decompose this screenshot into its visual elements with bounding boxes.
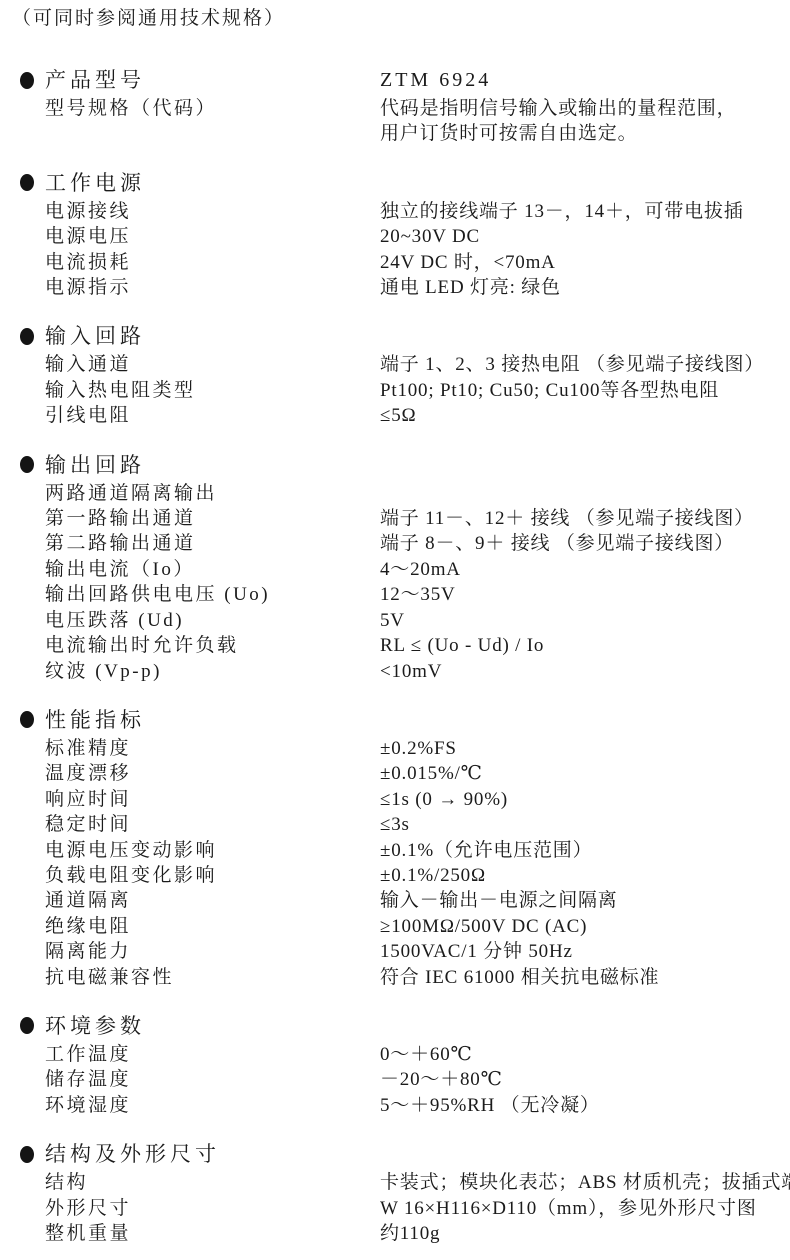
spec-row-value: <10mV xyxy=(380,659,442,684)
spec-row-label: 电源接线 xyxy=(45,199,380,224)
spec-row-value: －20～＋80℃ xyxy=(380,1067,503,1092)
section-header: 输入回路 xyxy=(20,322,790,350)
spec-sheet-page: （可同时参阅通用技术规格） 产品型号 ZTM 6924 型号规格（代码） 代码是… xyxy=(0,0,790,1260)
spec-row-value: ≤3s xyxy=(380,812,410,837)
spec-row-value: 代码是指明信号输入或输出的量程范围，用户订货时可按需自由选定。 xyxy=(380,96,736,147)
section-rows: 结构 卡装式；模块化表芯；ABS 材质机壳；拔插式端子 外形尺寸 W 16×H1… xyxy=(45,1170,790,1246)
spec-row: 响应时间 ≤1s (0 → 90%) xyxy=(45,787,790,812)
spec-row-value: 端子 11－、12＋ 接线 （参见端子接线图） xyxy=(380,506,754,531)
spec-row-value-line: 代码是指明信号输入或输出的量程范围， xyxy=(380,96,736,121)
spec-row-label: 电源电压 xyxy=(45,224,380,249)
spec-section: 工作电源 电源接线 独立的接线端子 13－，14＋，可带电拔插 电源电压 20~… xyxy=(20,169,790,301)
spec-row-value: 4～20mA xyxy=(380,557,461,582)
spec-row-label: 电压跌落 (Ud) xyxy=(45,608,380,633)
spec-row-value: ±0.015%/℃ xyxy=(380,761,483,786)
spec-row-label: 温度漂移 xyxy=(45,761,380,786)
spec-row: 结构 卡装式；模块化表芯；ABS 材质机壳；拔插式端子 xyxy=(45,1170,790,1195)
section-title-value: ZTM 6924 xyxy=(380,66,491,94)
spec-row-value: 端子 8－、9＋ 接线 （参见端子接线图） xyxy=(380,531,734,556)
spec-row: 电源接线 独立的接线端子 13－，14＋，可带电拔插 xyxy=(45,199,790,224)
spec-row: 纹波 (Vp-p) <10mV xyxy=(45,659,790,684)
spec-row-label: 纹波 (Vp-p) xyxy=(45,659,380,684)
spec-row-label: 输入热电阻类型 xyxy=(45,378,380,403)
section-header: 环境参数 xyxy=(20,1012,790,1040)
spec-row-label: 隔离能力 xyxy=(45,939,380,964)
spec-row-value: RL ≤ (Uo - Ud) / Io xyxy=(380,633,544,658)
spec-row: 型号规格（代码） 代码是指明信号输入或输出的量程范围，用户订货时可按需自由选定。 xyxy=(45,96,790,147)
spec-row-label: 工作温度 xyxy=(45,1042,380,1067)
spec-row-value: Pt100; Pt10; Cu50; Cu100等各型热电阻 xyxy=(380,378,719,403)
bullet-icon xyxy=(20,711,34,728)
spec-row: 电源电压 20~30V DC xyxy=(45,224,790,249)
spec-row-label: 电流输出时允许负载 xyxy=(45,633,380,658)
sections-container: 产品型号 ZTM 6924 型号规格（代码） 代码是指明信号输入或输出的量程范围… xyxy=(20,66,790,1246)
section-header: 产品型号 ZTM 6924 xyxy=(20,66,790,94)
spec-row-value: 1500VAC/1 分钟 50Hz xyxy=(380,939,573,964)
spec-row-label: 稳定时间 xyxy=(45,812,380,837)
spec-row-value: 24V DC 时，<70mA xyxy=(380,250,556,275)
section-rows: 两路通道隔离输出 第一路输出通道 端子 11－、12＋ 接线 （参见端子接线图）… xyxy=(45,481,790,684)
section-rows: 输入通道 端子 1、2、3 接热电阻 （参见端子接线图） 输入热电阻类型 Pt1… xyxy=(45,352,790,428)
spec-row-label: 输入通道 xyxy=(45,352,380,377)
spec-row-label: 电源指示 xyxy=(45,275,380,300)
spec-row-label: 电流损耗 xyxy=(45,250,380,275)
section-title: 输出回路 xyxy=(45,451,145,479)
section-header: 工作电源 xyxy=(20,169,790,197)
spec-row-value: 20~30V DC xyxy=(380,224,480,249)
spec-row: 输入通道 端子 1、2、3 接热电阻 （参见端子接线图） xyxy=(45,352,790,377)
spec-row: 引线电阻 ≤5Ω xyxy=(45,403,790,428)
section-header: 输出回路 xyxy=(20,451,790,479)
spec-row-value: ±0.1%（允许电压范围） xyxy=(380,838,592,863)
spec-row: 整机重量 约110g xyxy=(45,1221,790,1246)
spec-row: 储存温度 －20～＋80℃ xyxy=(45,1067,790,1092)
spec-row-value: 12～35V xyxy=(380,582,456,607)
spec-section: 输入回路 输入通道 端子 1、2、3 接热电阻 （参见端子接线图） 输入热电阻类… xyxy=(20,322,790,428)
bullet-icon xyxy=(20,1017,34,1034)
spec-row-label: 电源电压变动影响 xyxy=(45,838,380,863)
spec-row-value: 0～＋60℃ xyxy=(380,1042,473,1067)
spec-row: 输入热电阻类型 Pt100; Pt10; Cu50; Cu100等各型热电阻 xyxy=(45,378,790,403)
spec-row-label: 整机重量 xyxy=(45,1221,380,1246)
spec-row-label: 型号规格（代码） xyxy=(45,96,380,121)
spec-row-value-line: 用户订货时可按需自由选定。 xyxy=(380,121,736,146)
spec-row: 电源指示 通电 LED 灯亮: 绿色 xyxy=(45,275,790,300)
bullet-icon xyxy=(20,328,34,345)
spec-section: 产品型号 ZTM 6924 型号规格（代码） 代码是指明信号输入或输出的量程范围… xyxy=(20,66,790,147)
spec-row-label: 标准精度 xyxy=(45,736,380,761)
spec-row-label: 负载电阻变化影响 xyxy=(45,863,380,888)
spec-row-value: ≤1s (0 → 90%) xyxy=(380,787,508,812)
spec-row: 输出回路供电电压 (Uo) 12～35V xyxy=(45,582,790,607)
spec-row-value: 端子 1、2、3 接热电阻 （参见端子接线图） xyxy=(380,352,764,377)
spec-row: 稳定时间 ≤3s xyxy=(45,812,790,837)
section-title: 环境参数 xyxy=(45,1012,145,1040)
spec-section: 结构及外形尺寸 结构 卡装式；模块化表芯；ABS 材质机壳；拔插式端子 外形尺寸… xyxy=(20,1140,790,1246)
spec-row-value: 5～＋95%RH （无冷凝） xyxy=(380,1093,600,1118)
spec-row-value: ≤5Ω xyxy=(380,403,416,428)
spec-row: 标准精度 ±0.2%FS xyxy=(45,736,790,761)
bullet-icon xyxy=(20,174,34,191)
spec-row-value: ±0.1%/250Ω xyxy=(380,863,486,888)
section-title: 输入回路 xyxy=(45,322,145,350)
spec-row: 第二路输出通道 端子 8－、9＋ 接线 （参见端子接线图） xyxy=(45,531,790,556)
spec-row: 绝缘电阻 ≥100MΩ/500V DC (AC) xyxy=(45,914,790,939)
spec-row-label: 响应时间 xyxy=(45,787,380,812)
spec-row: 环境湿度 5～＋95%RH （无冷凝） xyxy=(45,1093,790,1118)
section-title: 性能指标 xyxy=(45,706,145,734)
spec-row-label: 第一路输出通道 xyxy=(45,506,380,531)
spec-row: 电流损耗 24V DC 时，<70mA xyxy=(45,250,790,275)
spec-row-value: 符合 IEC 61000 相关抗电磁标准 xyxy=(380,965,659,990)
spec-row-label: 抗电磁兼容性 xyxy=(45,965,380,990)
spec-row: 两路通道隔离输出 xyxy=(45,481,790,506)
spec-row: 电压跌落 (Ud) 5V xyxy=(45,608,790,633)
bullet-icon xyxy=(20,1146,34,1163)
spec-row: 电源电压变动影响 ±0.1%（允许电压范围） xyxy=(45,838,790,863)
section-title: 结构及外形尺寸 xyxy=(45,1140,220,1168)
spec-row-label: 外形尺寸 xyxy=(45,1196,380,1221)
bullet-icon xyxy=(20,72,34,89)
spec-row-label: 环境湿度 xyxy=(45,1093,380,1118)
spec-section: 性能指标 标准精度 ±0.2%FS 温度漂移 ±0.015%/℃ 响应时间 ≤1… xyxy=(20,706,790,990)
spec-row-label: 通道隔离 xyxy=(45,888,380,913)
section-rows: 电源接线 独立的接线端子 13－，14＋，可带电拔插 电源电压 20~30V D… xyxy=(45,199,790,301)
spec-row-value: 约110g xyxy=(380,1221,440,1246)
section-rows: 型号规格（代码） 代码是指明信号输入或输出的量程范围，用户订货时可按需自由选定。 xyxy=(45,96,790,147)
section-rows: 工作温度 0～＋60℃ 储存温度 －20～＋80℃ 环境湿度 5～＋95%RH … xyxy=(45,1042,790,1118)
spec-row: 外形尺寸 W 16×H116×D110（mm），参见外形尺寸图 xyxy=(45,1196,790,1221)
spec-row: 工作温度 0～＋60℃ xyxy=(45,1042,790,1067)
spec-row-value: ±0.2%FS xyxy=(380,736,457,761)
spec-row-label: 结构 xyxy=(45,1170,380,1195)
spec-row-label: 输出回路供电电压 (Uo) xyxy=(45,582,380,607)
spec-row-value: 5V xyxy=(380,608,405,633)
spec-row: 温度漂移 ±0.015%/℃ xyxy=(45,761,790,786)
section-rows: 标准精度 ±0.2%FS 温度漂移 ±0.015%/℃ 响应时间 ≤1s (0 … xyxy=(45,736,790,990)
spec-row-label: 引线电阻 xyxy=(45,403,380,428)
header-note: （可同时参阅通用技术规格） xyxy=(12,6,790,32)
spec-row: 抗电磁兼容性 符合 IEC 61000 相关抗电磁标准 xyxy=(45,965,790,990)
spec-row-value: 通电 LED 灯亮: 绿色 xyxy=(380,275,561,300)
spec-row-label: 两路通道隔离输出 xyxy=(45,481,380,506)
spec-section: 环境参数 工作温度 0～＋60℃ 储存温度 －20～＋80℃ 环境湿度 5～＋9… xyxy=(20,1012,790,1118)
section-header: 性能指标 xyxy=(20,706,790,734)
spec-row: 负载电阻变化影响 ±0.1%/250Ω xyxy=(45,863,790,888)
spec-row: 通道隔离 输入－输出－电源之间隔离 xyxy=(45,888,790,913)
spec-section: 输出回路 两路通道隔离输出 第一路输出通道 端子 11－、12＋ 接线 （参见端… xyxy=(20,451,790,684)
spec-row-value: W 16×H116×D110（mm），参见外形尺寸图 xyxy=(380,1196,757,1221)
spec-row: 电流输出时允许负载 RL ≤ (Uo - Ud) / Io xyxy=(45,633,790,658)
spec-row-value: ≥100MΩ/500V DC (AC) xyxy=(380,914,587,939)
section-title: 工作电源 xyxy=(45,169,145,197)
spec-row: 第一路输出通道 端子 11－、12＋ 接线 （参见端子接线图） xyxy=(45,506,790,531)
spec-row: 输出电流（Io） 4～20mA xyxy=(45,557,790,582)
bullet-icon xyxy=(20,456,34,473)
spec-row-label: 储存温度 xyxy=(45,1067,380,1092)
spec-row-value: 卡装式；模块化表芯；ABS 材质机壳；拔插式端子 xyxy=(380,1170,790,1195)
spec-row-value: 输入－输出－电源之间隔离 xyxy=(380,888,618,913)
spec-row-value: 独立的接线端子 13－，14＋，可带电拔插 xyxy=(380,199,744,224)
spec-row-label: 绝缘电阻 xyxy=(45,914,380,939)
spec-row-label: 第二路输出通道 xyxy=(45,531,380,556)
spec-row: 隔离能力 1500VAC/1 分钟 50Hz xyxy=(45,939,790,964)
section-header: 结构及外形尺寸 xyxy=(20,1140,790,1168)
spec-row-label: 输出电流（Io） xyxy=(45,557,380,582)
section-title: 产品型号 xyxy=(45,66,145,94)
